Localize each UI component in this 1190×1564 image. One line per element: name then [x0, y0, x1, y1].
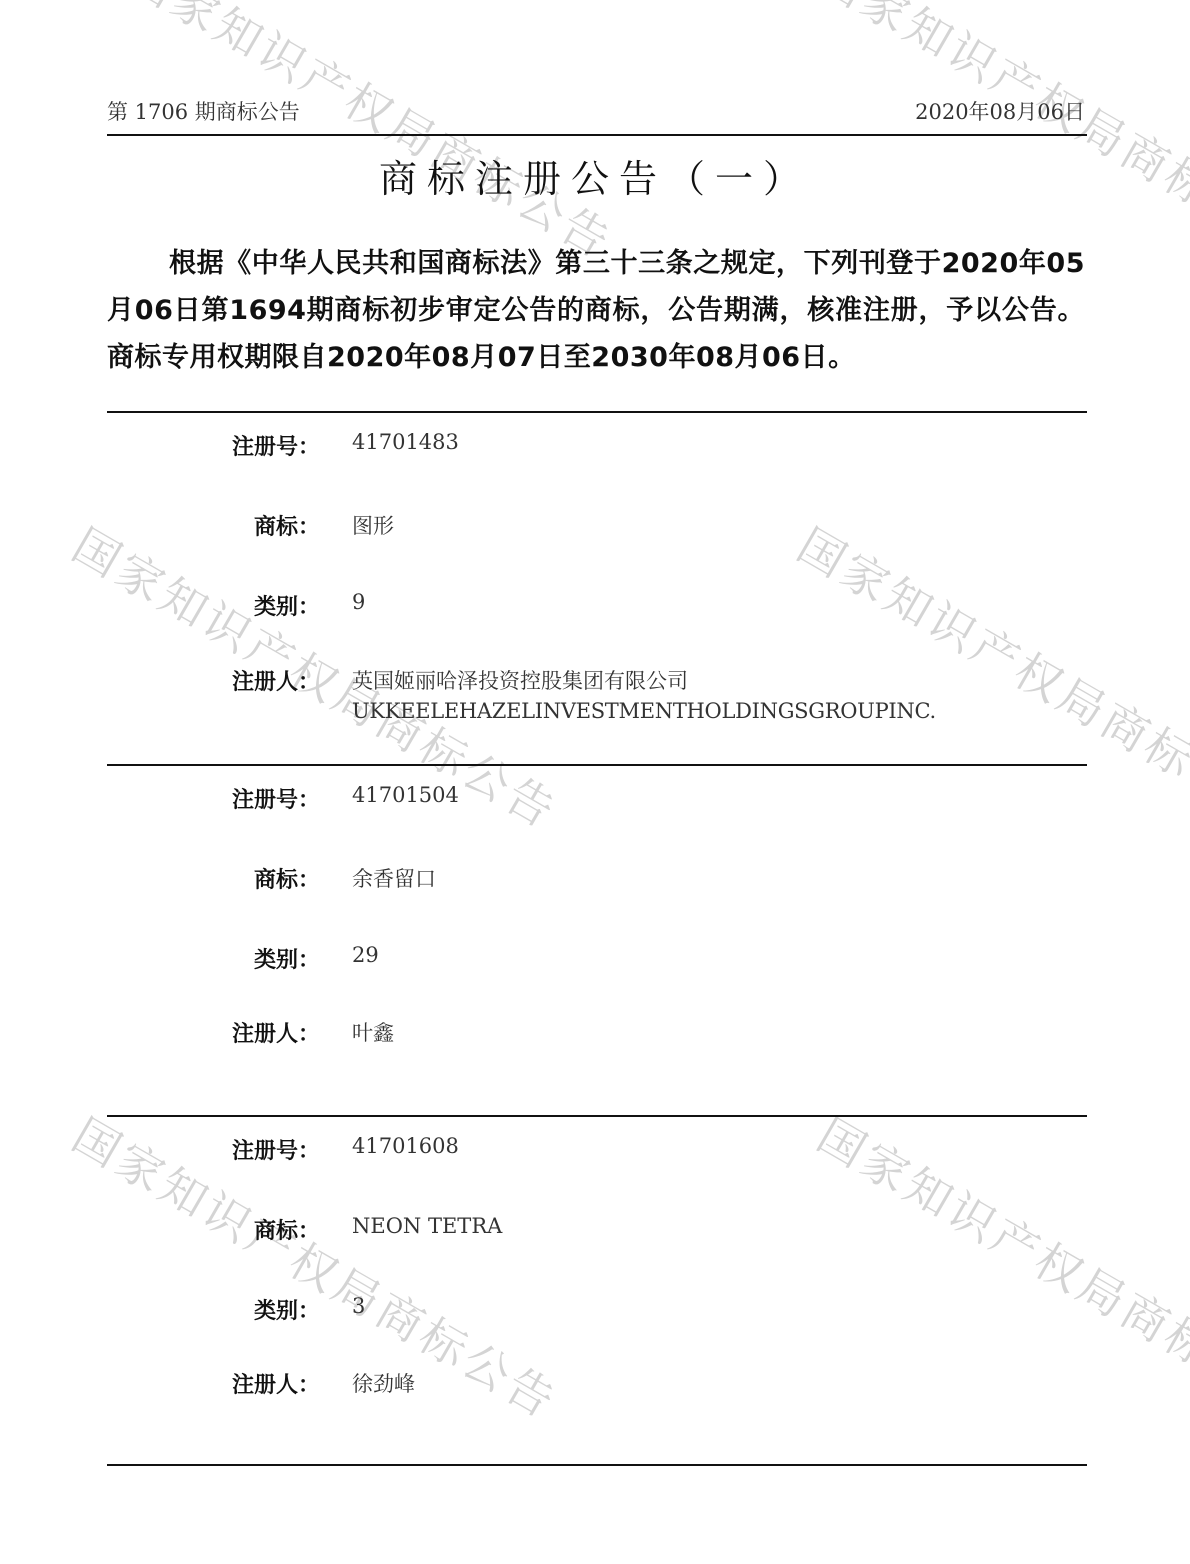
intro-paragraph: 根据《中华人民共和国商标法》第三十三条之规定，下列刊登于2020年05月06日第…: [107, 240, 1085, 381]
page-title: 商标注册公告（一）: [0, 148, 1190, 203]
reg-no-label: 注册号：: [232, 430, 320, 461]
class-value: 3: [352, 1294, 365, 1318]
registrant-label: 注册人：: [232, 1368, 320, 1399]
reg-no-label: 注册号：: [232, 783, 320, 814]
section-divider: [107, 1115, 1087, 1117]
mark-value: 图形: [352, 510, 394, 540]
header-divider: [107, 134, 1087, 136]
reg-no-value: 41701608: [352, 1134, 459, 1158]
class-label: 类别：: [254, 943, 320, 974]
registrant-value: 徐劲峰: [352, 1368, 415, 1398]
registrant-value: 英国姬丽哈泽投资控股集团有限公司: [352, 665, 688, 695]
class-label: 类别：: [254, 1294, 320, 1325]
reg-no-value: 41701504: [352, 783, 459, 807]
class-value: 9: [352, 590, 365, 614]
watermark: 国家知识产权局商标公告: [117, 0, 626, 272]
reg-no-label: 注册号：: [232, 1134, 320, 1165]
section-divider: [107, 411, 1087, 413]
mark-value: 余香留口: [352, 863, 436, 893]
watermark: 国家知识产权局商标公告: [807, 0, 1190, 272]
section-divider: [107, 1464, 1087, 1466]
mark-value: NEON TETRA: [352, 1214, 502, 1238]
class-value: 29: [352, 943, 379, 967]
issue-number: 第 1706 期商标公告: [107, 96, 300, 126]
issue-date: 2020年08月06日: [915, 96, 1085, 126]
registrant-label: 注册人：: [232, 665, 320, 696]
registrant-en-value: UKKEELEHAZELINVESTMENTHOLDINGSGROUPINC.: [352, 699, 936, 723]
section-divider: [107, 764, 1087, 766]
registrant-label: 注册人：: [232, 1017, 320, 1048]
reg-no-value: 41701483: [352, 430, 459, 454]
mark-label: 商标：: [254, 1214, 320, 1245]
mark-label: 商标：: [254, 863, 320, 894]
registrant-value: 叶鑫: [352, 1017, 394, 1047]
mark-label: 商标：: [254, 510, 320, 541]
page-header: 第 1706 期商标公告 2020年08月06日: [107, 96, 1085, 136]
class-label: 类别：: [254, 590, 320, 621]
